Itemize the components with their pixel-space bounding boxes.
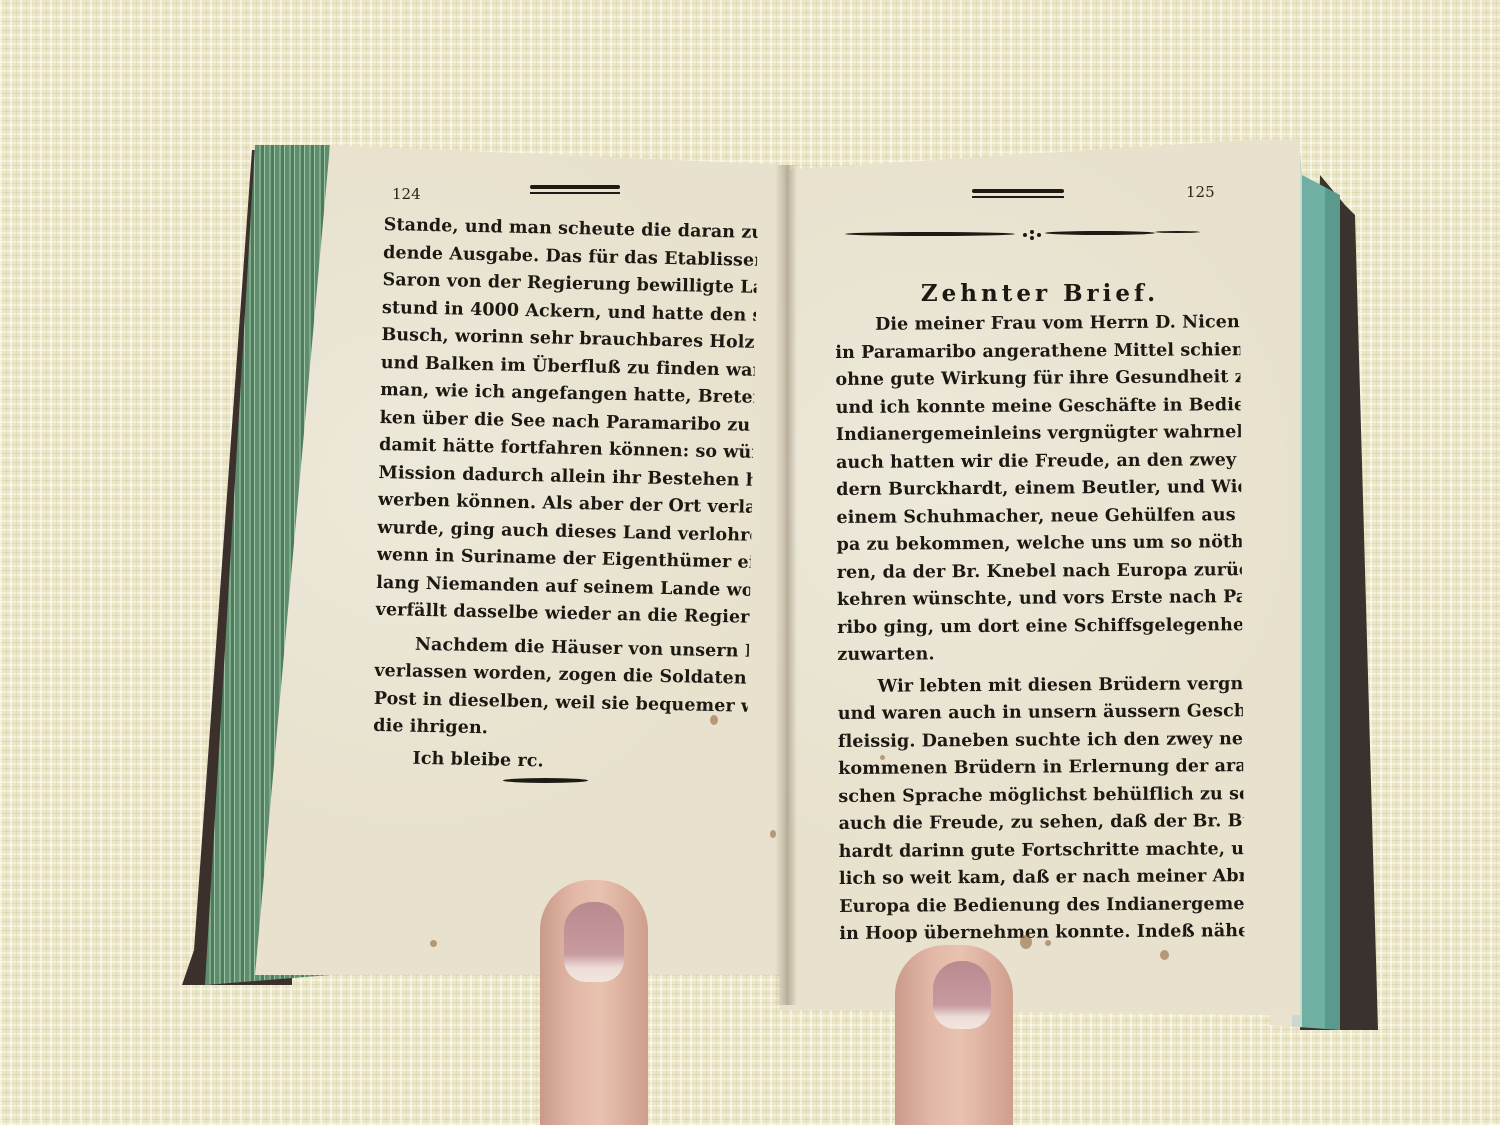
paragraph: Wir lebten mit diesen Brüdern vergnügt, … <box>838 671 1245 949</box>
text-line: und ich konnte meine Geschäfte in Bedien… <box>836 392 1241 422</box>
text-line: zuwarten. <box>837 639 1242 669</box>
left-header-rule <box>530 185 620 189</box>
text-line: pa zu bekommen, welche uns um so nöthige… <box>837 529 1242 559</box>
right-page-text: Die meiner Frau vom Herrn D. Nicenius in… <box>835 309 1244 948</box>
text-line: kehren wünschte, und vors Erste nach Par… <box>837 584 1242 614</box>
chapter-ornament <box>845 230 1200 235</box>
text-line: schen Sprache möglichst behülflich zu se… <box>838 781 1243 811</box>
text-line: ohne gute Wirkung für ihre Gesundheit zu… <box>835 364 1240 394</box>
paragraph: Stande, und man scheute die daran zu ver… <box>375 212 758 632</box>
text-line: Wir lebten mit diesen Brüdern vergnügt, <box>838 671 1243 701</box>
text-line: ren, da der Br. Knebel nach Europa zurüc… <box>837 557 1242 587</box>
text-line: und waren auch in unsern äussern Geschäf… <box>838 698 1243 728</box>
left-finger <box>540 880 648 1125</box>
text-line: in Paramaribo angerathene Mittel schiene… <box>835 337 1240 367</box>
paragraph: Nachdem die Häuser von unsern Brüdern ve… <box>373 630 749 748</box>
text-line: Die meiner Frau vom Herrn D. Nicenius <box>835 309 1240 339</box>
text-line: Indianergemeinleins vergnügter wahrnehme… <box>836 419 1241 449</box>
foxing-spot <box>1045 940 1051 946</box>
foxing-spot <box>710 715 718 725</box>
text-line: auch hatten wir die Freude, an den zwey … <box>836 447 1241 477</box>
text-line: hardt darinn gute Fortschritte machte, u… <box>839 836 1244 866</box>
right-page-number: 125 <box>1186 183 1215 201</box>
tailpiece-ornament <box>503 778 588 783</box>
foxing-spot <box>430 940 437 947</box>
left-fingernail <box>564 902 624 982</box>
text-line: in Hoop übernehmen konnte. Indeß näherte <box>839 918 1244 948</box>
foxing-spot <box>770 830 776 838</box>
text-line: kommenen Brüdern in Erlernung der arawac… <box>838 753 1243 783</box>
text-line: lich so weit kam, daß er nach meiner Abr… <box>839 863 1244 893</box>
book-gutter <box>775 165 797 1005</box>
right-header-rule <box>972 189 1064 193</box>
text-line: fleissig. Daneben suchte ich den zwey ne… <box>838 726 1243 756</box>
paragraph: Die meiner Frau vom Herrn D. Nicenius in… <box>835 309 1242 669</box>
text-line: einem Schuhmacher, neue Gehülfen aus Eur… <box>836 502 1241 532</box>
left-page-number: 124 <box>392 185 421 203</box>
foxing-spot <box>1160 950 1169 960</box>
right-fingernail <box>933 961 991 1029</box>
text-line: Europa die Bedienung des Indianergemeinl… <box>839 891 1244 921</box>
chapter-title: Zehnter Brief. <box>900 280 1180 307</box>
text-line: ribo ging, um dort eine Schiffsgelegenhe… <box>837 612 1242 642</box>
text-line: dern Burckhardt, einem Beutler, und Wies… <box>836 474 1241 504</box>
foxing-spot <box>880 755 885 760</box>
foxing-spot <box>1020 935 1032 949</box>
left-page-text: Stande, und man scheute die daran zu ver… <box>372 212 758 780</box>
text-line: auch die Freude, zu sehen, daß der Br. B… <box>838 808 1243 838</box>
right-finger <box>895 945 1013 1125</box>
